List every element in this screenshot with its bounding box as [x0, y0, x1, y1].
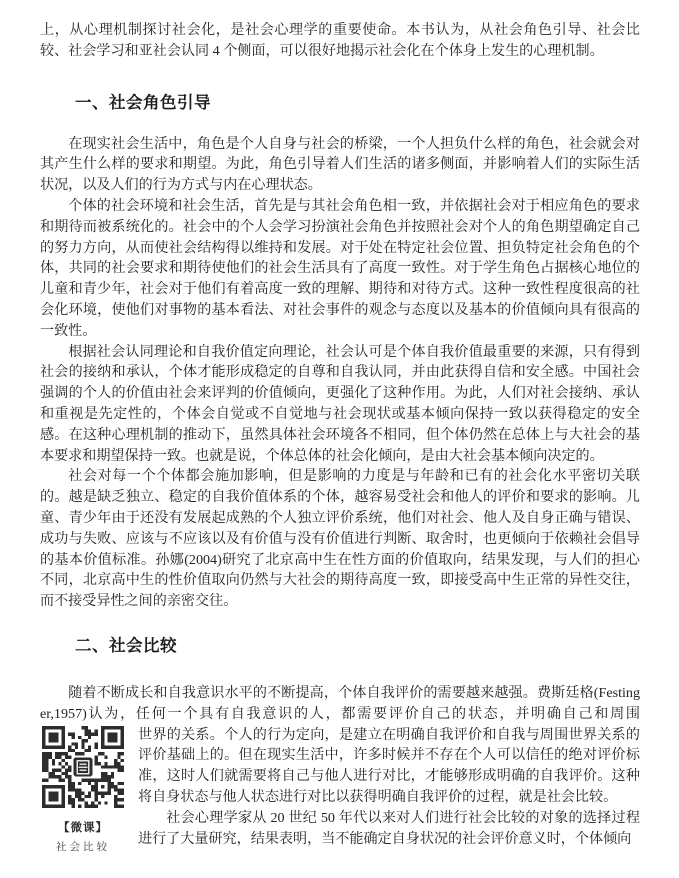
qr-caption-title: 社会比较: [40, 839, 126, 854]
paragraph-role-1: 在现实社会生活中，角色是个人自身与社会的桥梁，一个人担负什么样的角色，社会就会对…: [40, 134, 640, 196]
page-content: 上，从心理机制探讨社会化，是社会心理学的重要使命。本书认为，从社会角色引导、社会…: [0, 0, 679, 849]
qr-code-icon: [42, 726, 124, 808]
lead-paragraph: 上，从心理机制探讨社会化，是社会心理学的重要使命。本书认为，从社会角色引导、社会…: [40, 20, 640, 62]
paragraph-role-3: 根据社会认同理论和自我价值定向理论，社会认可是个体自我价值最重要的来源，只有得到…: [40, 342, 640, 467]
paragraph-role-4: 社会对每一个个体都会施加影响，但是影响的力度是与年龄和已有的社会化水平密切关联的…: [40, 466, 640, 612]
book-page: 上，从心理机制探讨社会化，是社会心理学的重要使命。本书认为，从社会角色引导、社会…: [0, 0, 679, 878]
paragraph-comparison-wrapped: 世界的关系。个人的行为定向，是建立在明确自我评价和自我与周围世界关系的评价基础上…: [40, 725, 640, 808]
paragraph-comparison-intro: 随着不断成长和自我意识水平的不断提高，个体自我评价的需要越来越强。费斯廷格(Fe…: [40, 683, 640, 725]
paragraph-comparison-closing: 社会心理学家从 20 世纪 50 年代以来对人们进行社会比较的对象的选择过程进行…: [40, 808, 640, 850]
qr-caption-label: 【微课】: [40, 819, 126, 835]
paragraph-role-2: 个体的社会环境和社会生活，首先是与其社会角色相一致，并依据社会对于相应角色的要求…: [40, 196, 640, 342]
section-heading-social-comparison: 二、社会比较: [75, 635, 640, 657]
micro-lecture-qr-block: 【微课】 社会比较: [40, 726, 126, 854]
section-heading-social-role-guidance: 一、社会角色引导: [75, 92, 640, 114]
